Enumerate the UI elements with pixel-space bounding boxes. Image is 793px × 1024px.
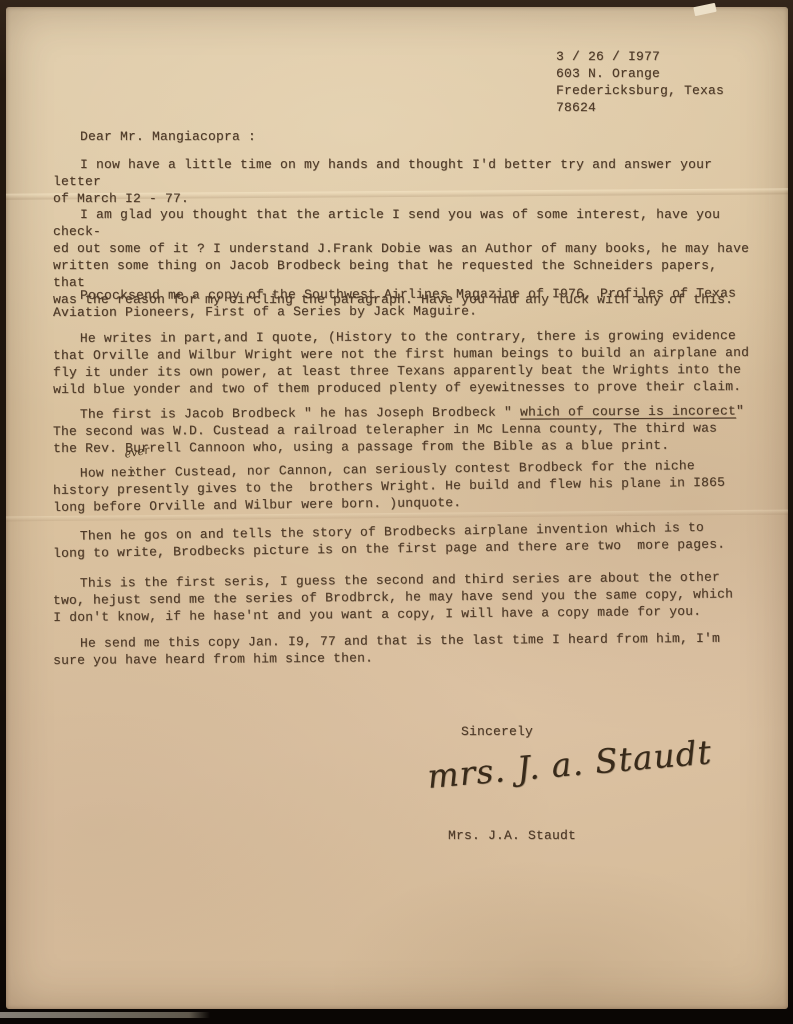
letter-paper: 3 / 26 / I977 603 N. Orange Fredericksbu… (6, 7, 788, 1009)
salutation: Dear Mr. Mangiacopra : (80, 128, 256, 145)
paragraph-6: However^neither Custead, nor Cannon, can… (53, 455, 756, 516)
handwritten-signature: mrs. J. a. Staudt (426, 734, 714, 795)
paragraph-7: Then he gos on and tells the story of Br… (53, 518, 755, 562)
address-line-3: 78624 (556, 99, 724, 116)
closing-sincerely: Sincerely (461, 723, 533, 740)
underlined-phrase: which of course is incorect (520, 403, 736, 419)
photo-bottom-edge-sliver (0, 1012, 210, 1018)
paragraph-8: This is the first seris, I guess the sec… (53, 568, 755, 626)
typed-signature-name: Mrs. J.A. Staudt (448, 827, 576, 844)
paragraph-1: I now have a little time on my hands and… (53, 156, 755, 207)
paragraph-4: He writes in part,and I quote, (History … (53, 327, 755, 398)
address-line-2: Fredericksburg, Texas (556, 82, 724, 99)
paragraph-5-pre: The first is Jacob Brodbeck " he has Jos… (80, 405, 520, 422)
paragraph-6-rest: neither Custead, nor Cannon, can serious… (53, 458, 725, 515)
address-line-1: 603 N. Orange (556, 65, 724, 82)
paragraph-9: He send me this copy Jan. I9, 77 and tha… (53, 629, 755, 669)
letter-header: 3 / 26 / I977 603 N. Orange Fredericksbu… (556, 48, 724, 116)
paragraph-5: The first is Jacob Brodbeck " he has Jos… (53, 402, 755, 457)
paper-edge-nick (693, 3, 716, 16)
insertion-anchor: ever^ (104, 463, 111, 476)
caret-mark: ^ (103, 466, 136, 483)
paragraph-6-first-word: How (80, 465, 104, 480)
paragraph-3: Pococksend me a copy of the Southwest Ai… (53, 285, 755, 321)
date-line: 3 / 26 / I977 (556, 48, 724, 65)
scanned-letter-photo: 3 / 26 / I977 603 N. Orange Fredericksbu… (0, 0, 793, 1024)
